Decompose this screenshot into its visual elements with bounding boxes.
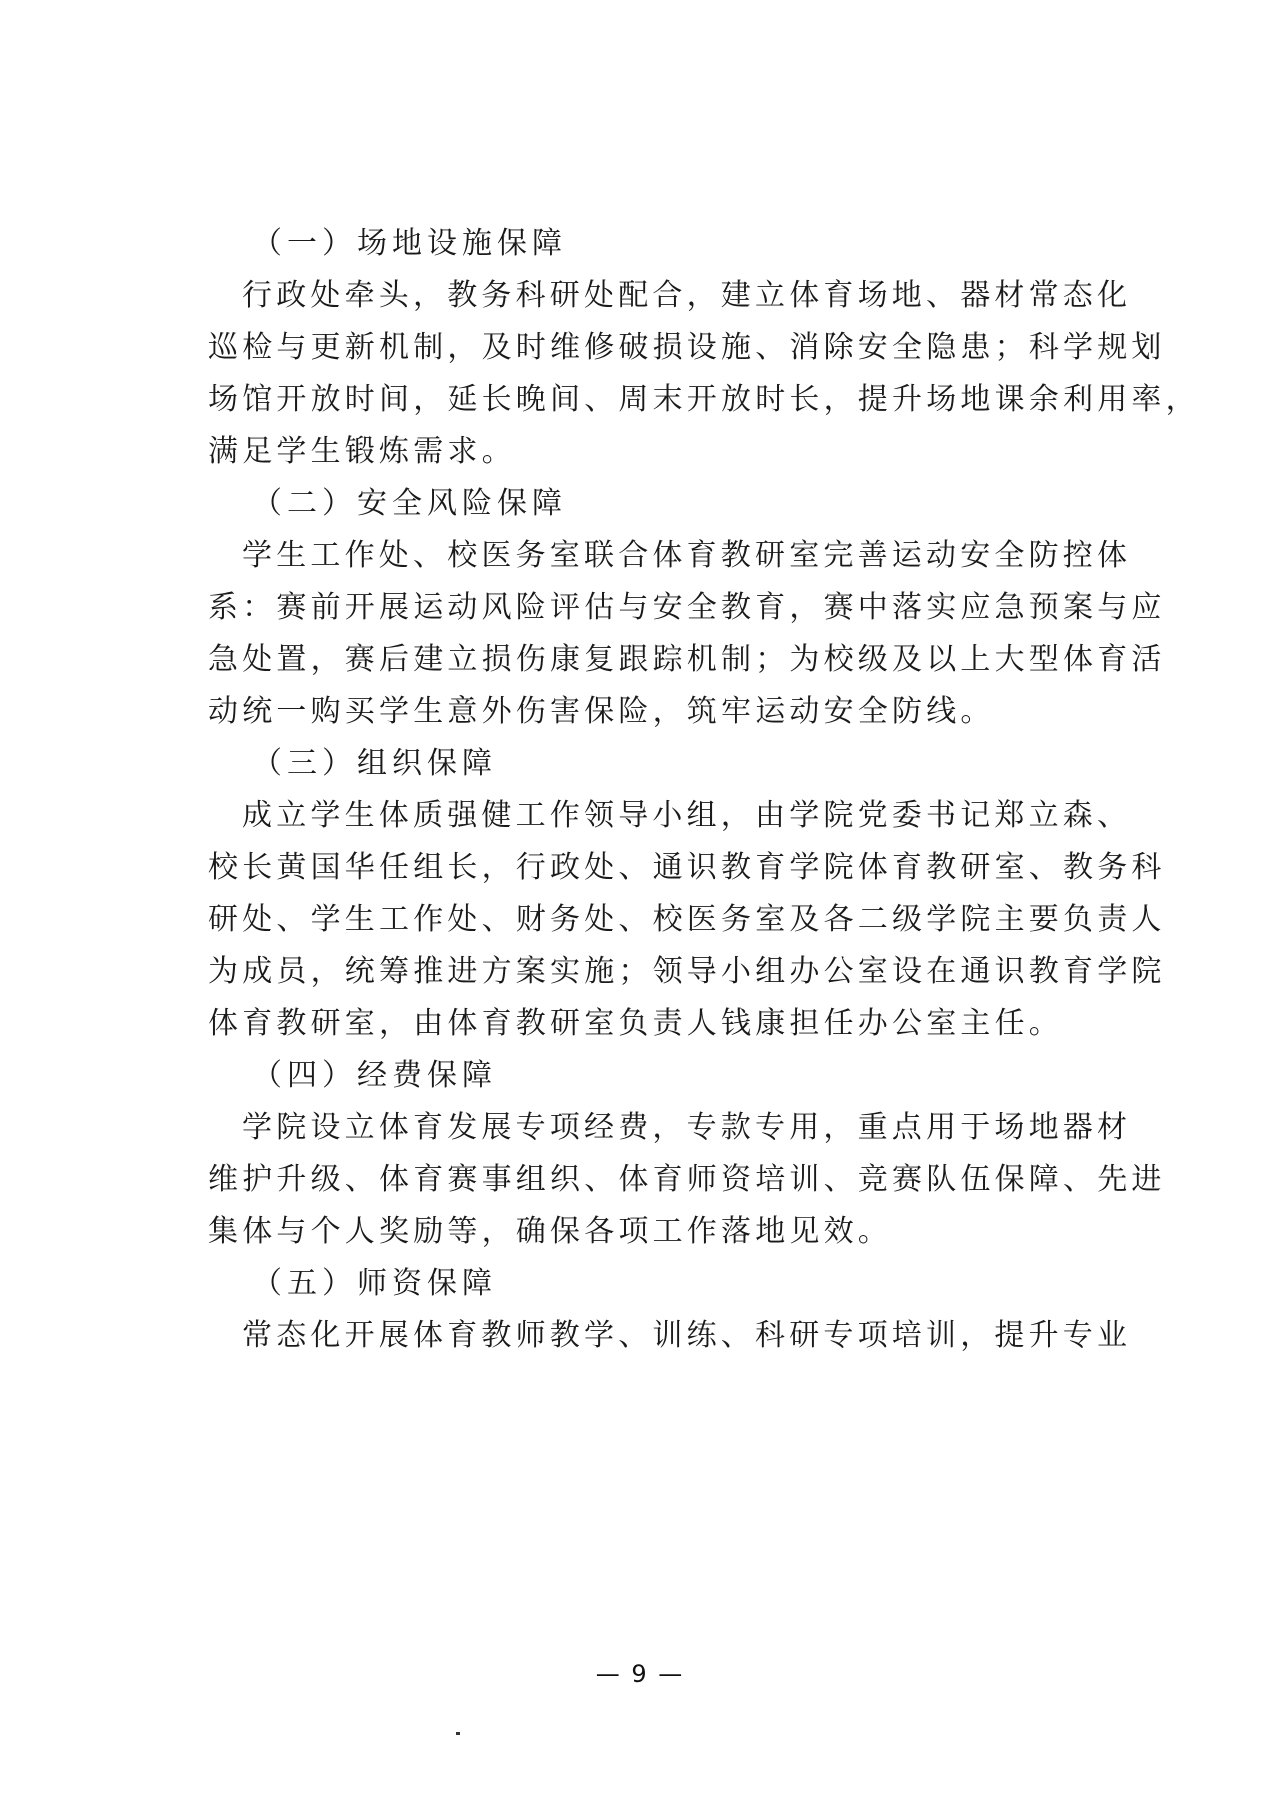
paragraph-line: 场馆开放时间，延长晚间、周末开放时长，提升场地课余利用率， [208, 380, 1200, 420]
page-number: — 9 — [0, 1660, 1280, 1688]
section-heading-3: （三）组织保障 [252, 744, 497, 784]
paragraph-line: 急处置，赛后建立损伤康复跟踪机制；为校级及以上大型体育活 [208, 640, 1166, 680]
document-page: （一）场地设施保障 行政处牵头，教务科研处配合，建立体育场地、器材常态化 巡检与… [0, 0, 1280, 1811]
paragraph-line: 集体与个人奖励等，确保各项工作落地见效。 [208, 1212, 892, 1252]
paragraph-line: 动统一购买学生意外伤害保险，筑牢运动安全防线。 [208, 692, 995, 732]
section-heading-2: （二）安全风险保障 [252, 484, 567, 524]
paragraph-line: 满足学生锻炼需求。 [208, 432, 516, 472]
paragraph-line: 常态化开展体育教师教学、训练、科研专项培训，提升专业 [242, 1316, 1131, 1356]
paragraph-line: 维护升级、体育赛事组织、体育师资培训、竞赛队伍保障、先进 [208, 1160, 1166, 1200]
paragraph-line: 学生工作处、校医务室联合体育教研室完善运动安全防控体 [242, 536, 1131, 576]
paragraph-line: 巡检与更新机制，及时维修破损设施、消除安全隐患；科学规划 [208, 328, 1166, 368]
scan-speck [456, 1732, 460, 1735]
paragraph-line: 学院设立体育发展专项经费，专款专用，重点用于场地器材 [242, 1108, 1131, 1148]
paragraph-line: 成立学生体质强健工作领导小组，由学院党委书记郑立森、 [242, 796, 1131, 836]
section-heading-5: （五）师资保障 [252, 1264, 497, 1304]
section-heading-4: （四）经费保障 [252, 1056, 497, 1096]
paragraph-line: 行政处牵头，教务科研处配合，建立体育场地、器材常态化 [242, 276, 1131, 316]
paragraph-line: 系：赛前开展运动风险评估与安全教育，赛中落实应急预案与应 [208, 588, 1166, 628]
section-heading-1: （一）场地设施保障 [252, 224, 567, 264]
paragraph-line: 体育教研室，由体育教研室负责人钱康担任办公室主任。 [208, 1004, 1063, 1044]
paragraph-line: 为成员，统筹推进方案实施；领导小组办公室设在通识教育学院 [208, 952, 1166, 992]
paragraph-line: 校长黄国华任组长，行政处、通识教育学院体育教研室、教务科 [208, 848, 1166, 888]
paragraph-line: 研处、学生工作处、财务处、校医务室及各二级学院主要负责人 [208, 900, 1166, 940]
